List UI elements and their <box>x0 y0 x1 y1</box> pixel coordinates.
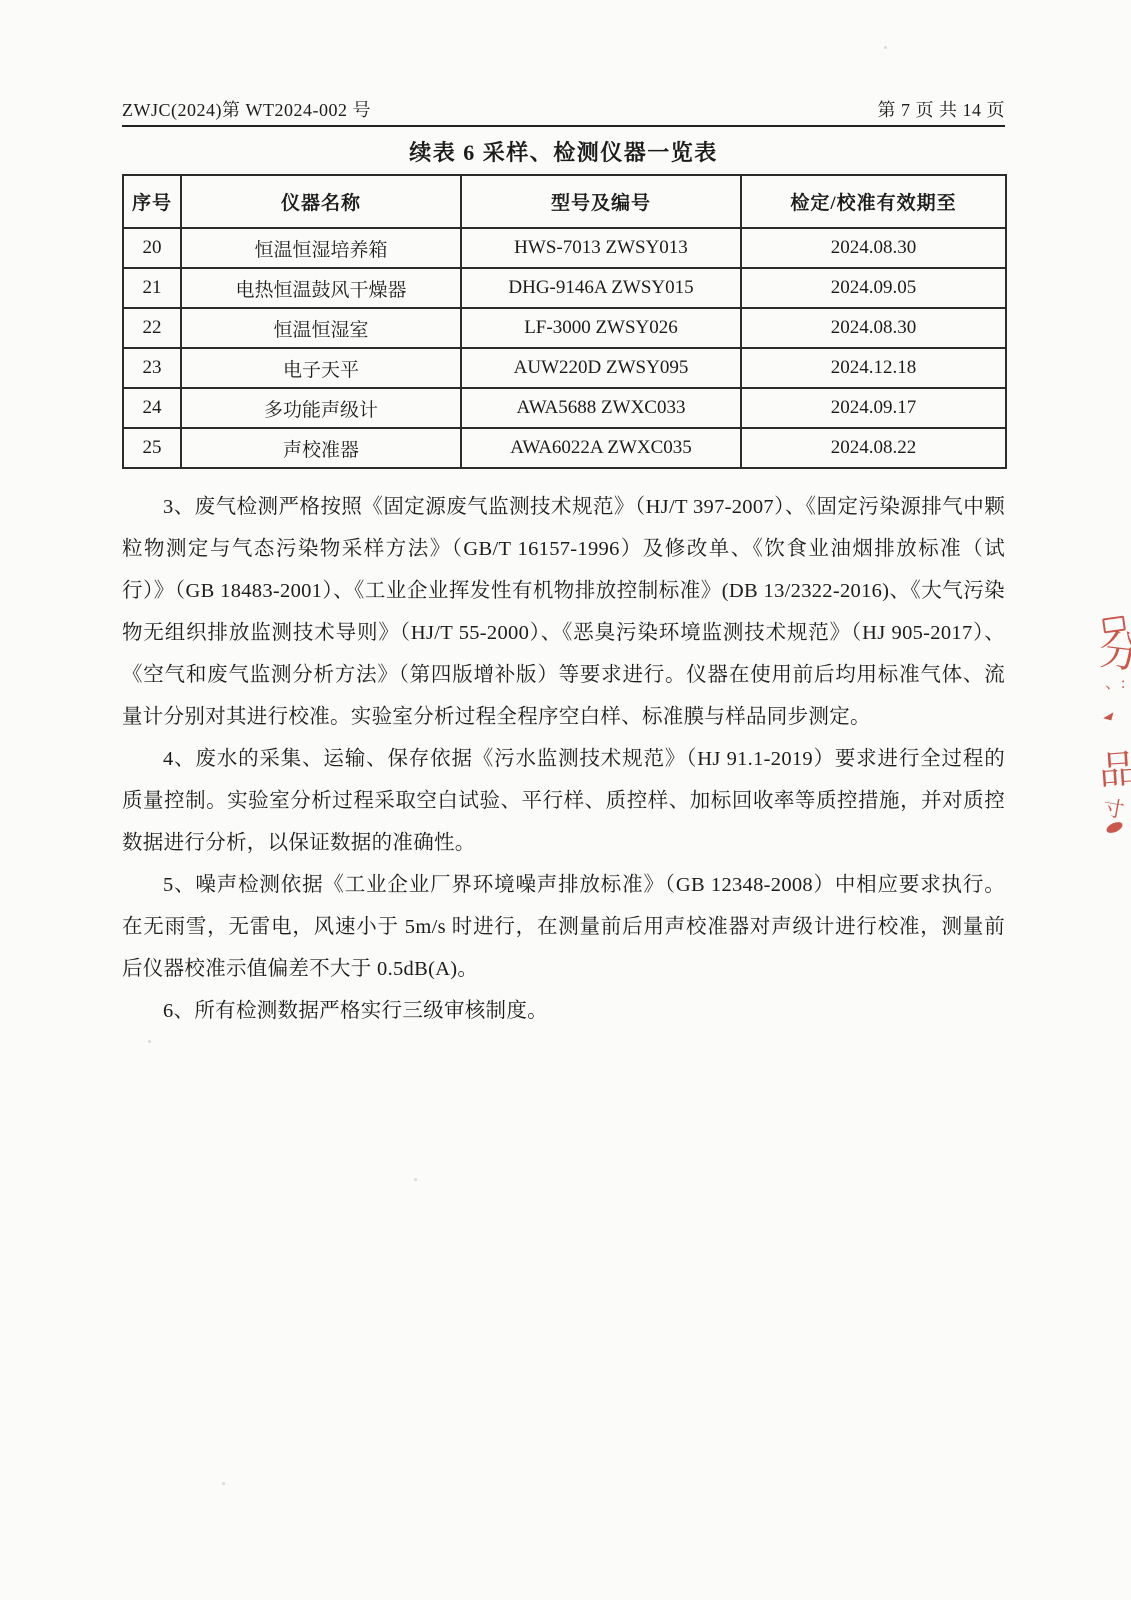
cell-valid-until: 2024.08.30 <box>741 228 1006 268</box>
page-content: ZWJC(2024)第 WT2024-002 号 第 7 页 共 14 页 续表… <box>122 96 1005 1032</box>
cell-valid-until: 2024.08.22 <box>741 428 1006 468</box>
body-paragraph: 3、废气检测严格按照《固定源废气监测技术规范》（HJ/T 397-2007）、《… <box>122 486 1005 738</box>
red-stamp-fragment-icon: 品 <box>1098 750 1131 792</box>
cell-model-number: HWS-7013 ZWSY013 <box>461 228 741 268</box>
table-row: 22 恒温恒湿室 LF-3000 ZWSY026 2024.08.30 <box>123 308 1006 348</box>
column-header-valid-until: 检定/校准有效期至 <box>741 175 1006 228</box>
column-header-index: 序号 <box>123 175 181 228</box>
cell-index: 25 <box>123 428 181 468</box>
scan-speck <box>222 1482 225 1485</box>
table-row: 23 电子天平 AUW220D ZWSY095 2024.12.18 <box>123 348 1006 388</box>
table-row: 20 恒温恒湿培养箱 HWS-7013 ZWSY013 2024.08.30 <box>123 228 1006 268</box>
table-row: 24 多功能声级计 AWA5688 ZWXC033 2024.09.17 <box>123 388 1006 428</box>
red-stamp-fragment-icon: 寸 <box>1101 797 1125 821</box>
cell-instrument-name: 声校准器 <box>181 428 461 468</box>
scan-speck <box>148 1040 151 1043</box>
body-text: 3、废气检测严格按照《固定源废气监测技术规范》（HJ/T 397-2007）、《… <box>122 486 1005 1032</box>
cell-model-number: LF-3000 ZWSY026 <box>461 308 741 348</box>
cell-instrument-name: 恒温恒湿培养箱 <box>181 228 461 268</box>
scan-speck <box>414 1178 417 1181</box>
cell-valid-until: 2024.12.18 <box>741 348 1006 388</box>
cell-index: 24 <box>123 388 181 428</box>
cell-valid-until: 2024.09.05 <box>741 268 1006 308</box>
scan-speck <box>884 46 887 49</box>
cell-instrument-name: 电子天平 <box>181 348 461 388</box>
body-paragraph: 6、所有检测数据严格实行三级审核制度。 <box>122 990 1005 1032</box>
table-row: 21 电热恒温鼓风干燥器 DHG-9146A ZWSY015 2024.09.0… <box>123 268 1006 308</box>
cell-index: 23 <box>123 348 181 388</box>
table-title: 续表 6 采样、检测仪器一览表 <box>122 136 1005 167</box>
instruments-table: 序号 仪器名称 型号及编号 检定/校准有效期至 20 恒温恒湿培养箱 HWS-7… <box>122 174 1007 469</box>
column-header-model-number: 型号及编号 <box>461 175 741 228</box>
header-row: 序号 仪器名称 型号及编号 检定/校准有效期至 <box>123 175 1006 228</box>
cell-instrument-name: 多功能声级计 <box>181 388 461 428</box>
header-page-indicator: 第 7 页 共 14 页 <box>878 96 1006 122</box>
body-paragraph: 5、噪声检测依据《工业企业厂界环境噪声排放标准》（GB 12348-2008）中… <box>122 864 1005 990</box>
cell-index: 20 <box>123 228 181 268</box>
body-paragraph: 4、废水的采集、运输、保存依据《污水监测技术规范》（HJ 91.1-2019）要… <box>122 738 1005 864</box>
cell-model-number: AWA6022A ZWXC035 <box>461 428 741 468</box>
red-stamp-fragment-icon <box>1105 820 1124 835</box>
header-doc-number: ZWJC(2024)第 WT2024-002 号 <box>122 96 371 122</box>
cell-model-number: AUW220D ZWSY095 <box>461 348 741 388</box>
cell-instrument-name: 电热恒温鼓风干燥器 <box>181 268 461 308</box>
cell-model-number: DHG-9146A ZWSY015 <box>461 268 741 308</box>
red-stamp-fragment-icon: 、: <box>1105 676 1125 692</box>
cell-model-number: AWA5688 ZWXC033 <box>461 388 741 428</box>
cell-index: 21 <box>123 268 181 308</box>
instruments-table-body: 20 恒温恒湿培养箱 HWS-7013 ZWSY013 2024.08.30 2… <box>123 228 1006 468</box>
scanned-report-page: { "header": { "doc_number": "ZWJC(2024)第… <box>0 0 1131 1600</box>
red-stamp-fragment-icon: ◢ <box>1103 709 1114 722</box>
cell-instrument-name: 恒温恒湿室 <box>181 308 461 348</box>
cell-valid-until: 2024.09.17 <box>741 388 1006 428</box>
table-row: 25 声校准器 AWA6022A ZWXC035 2024.08.22 <box>123 428 1006 468</box>
cell-valid-until: 2024.08.30 <box>741 308 1006 348</box>
instruments-table-header: 序号 仪器名称 型号及编号 检定/校准有效期至 <box>123 175 1006 228</box>
column-header-instrument-name: 仪器名称 <box>181 175 461 228</box>
cell-index: 22 <box>123 308 181 348</box>
red-stamp-fragment-icon: 分 <box>1097 630 1131 677</box>
running-header: ZWJC(2024)第 WT2024-002 号 第 7 页 共 14 页 <box>122 96 1005 127</box>
